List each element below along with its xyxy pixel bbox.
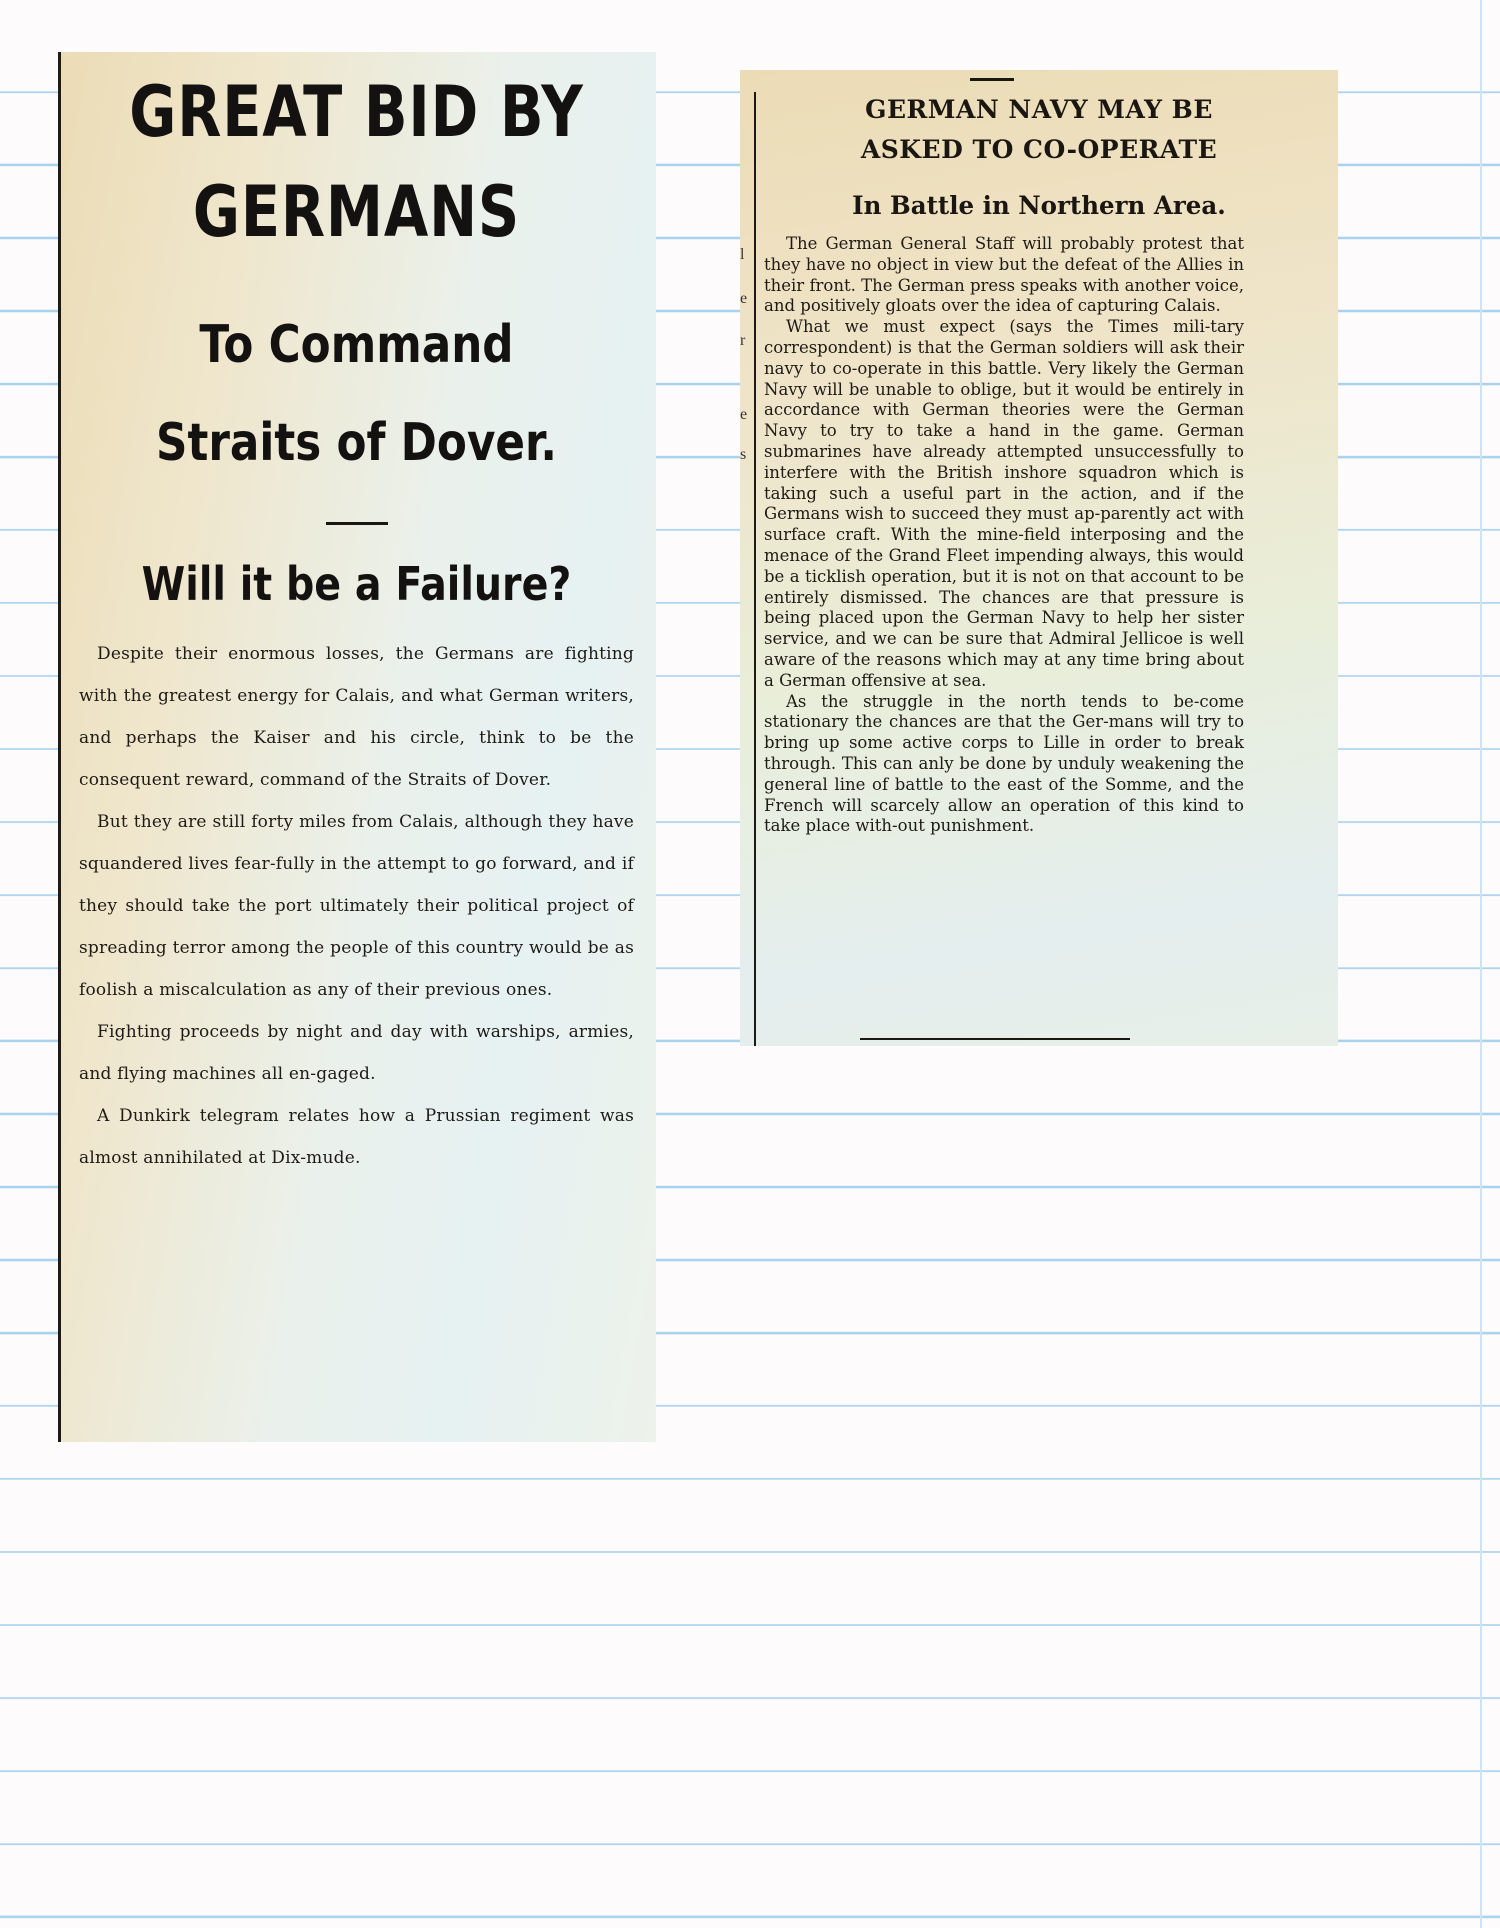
headline-line-1: GERMAN NAVY MAY BE [760, 90, 1318, 130]
article-paragraph: But they are still forty miles from Cala… [79, 801, 634, 1011]
article-paragraph: A Dunkirk telegram relates how a Prussia… [79, 1095, 634, 1179]
headline: GERMAN NAVY MAY BE ASKED TO CO-OPERATE [760, 90, 1318, 170]
end-rule [860, 1038, 1130, 1040]
headline-line-2: GERMANS [96, 162, 617, 262]
subhead: In Battle in Northern Area. [766, 186, 1313, 226]
top-rule [970, 78, 1014, 81]
stray-margin-letter: r [740, 332, 745, 350]
article-paragraph: Despite their enormous losses, the Germa… [79, 633, 634, 801]
clipping-german-navy: l e r e s GERMAN NAVY MAY BE ASKED TO CO… [740, 70, 1338, 1046]
article-body: The German General Staff will probably p… [764, 234, 1244, 837]
subhead-line-2: Straits of Dover. [90, 394, 623, 492]
headline-line-1: GREAT BID BY [96, 62, 617, 162]
page-edge [1480, 0, 1482, 1928]
headline-line-2: ASKED TO CO-OPERATE [760, 130, 1318, 170]
divider-rule [326, 522, 388, 525]
column-rule [754, 92, 756, 1046]
article-paragraph: What we must expect (says the Times mili… [764, 317, 1244, 691]
stray-margin-letter: e [740, 406, 747, 424]
stray-margin-letter: e [740, 290, 747, 308]
subhead-line-1: To Command [90, 296, 623, 394]
article-paragraph: As the struggle in the north tends to be… [764, 692, 1244, 838]
question-heading: Will it be a Failure? [83, 549, 629, 619]
article-paragraph: Fighting proceeds by night and day with … [79, 1011, 634, 1095]
article-paragraph: The German General Staff will probably p… [764, 234, 1244, 317]
clipping-great-bid-by-germans: GREAT BID BY GERMANS To Command Straits … [58, 52, 656, 1442]
stray-margin-letter: s [740, 446, 746, 464]
stray-margin-letter: l [740, 246, 744, 264]
